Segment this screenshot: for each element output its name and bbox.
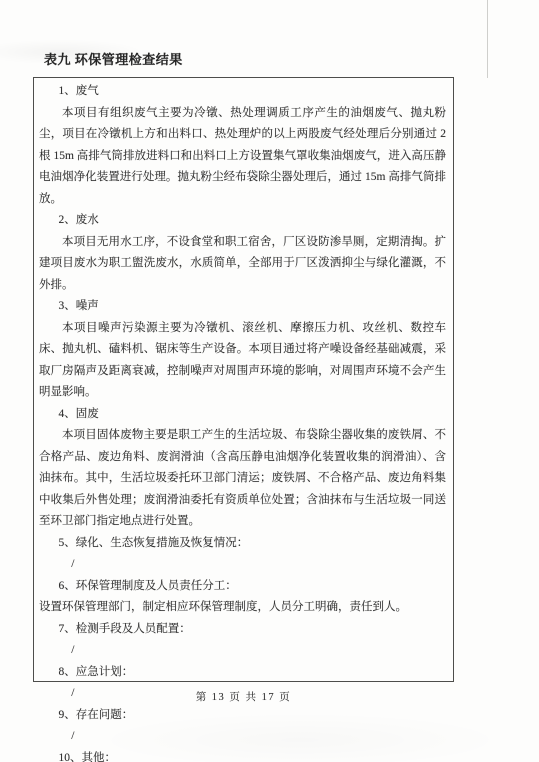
section-heading-management-system: 6、环保管理制度及人员责任分工： bbox=[39, 576, 446, 598]
section-heading-emergency-plan: 8、应急计划： bbox=[39, 662, 446, 684]
scan-artifact-line bbox=[487, 0, 488, 78]
section-heading-waste-gas: 1、废气 bbox=[39, 81, 446, 103]
section-heading-wastewater: 2、废水 bbox=[39, 210, 446, 232]
section-body-noise: 本项目噪声污染源主要为冷镦机、滚丝机、摩擦压力机、攻丝机、数控车床、抛丸机、磕料… bbox=[39, 318, 446, 404]
section-body-waste-gas: 本项目有组织废气主要为冷镦、热处理调质工序产生的油烟废气、抛丸粉尘，项目在冷镦机… bbox=[39, 103, 446, 211]
section-body-wastewater: 本项目无用水工序，不设食堂和职工宿舍，厂区设防渗旱厕，定期清掏。扩建项目废水为职… bbox=[39, 232, 446, 297]
section-heading-others: 10、其他： bbox=[39, 748, 446, 762]
section-body-existing-problems-placeholder: / bbox=[39, 726, 446, 748]
section-heading-solid-waste: 4、固废 bbox=[39, 404, 446, 426]
page-number-footer: 第 13 页 共 17 页 bbox=[33, 689, 454, 704]
section-body-solid-waste: 本项目固体废物主要是职工产生的生活垃圾、布袋除尘器收集的废铁屑、不合格产品、废边… bbox=[39, 425, 446, 533]
section-heading-monitoring: 7、检测手段及人员配置： bbox=[39, 619, 446, 641]
section-body-management-system: 设置环保管理部门，制定相应环保管理制度，人员分工明确，责任到人。 bbox=[39, 597, 446, 619]
section-body-monitoring-placeholder: / bbox=[39, 640, 446, 662]
section-heading-noise: 3、噪声 bbox=[39, 296, 446, 318]
scanned-document-page: 表九 环保管理检查结果 1、废气 本项目有组织废气主要为冷镦、热处理调质工序产生… bbox=[0, 0, 539, 762]
section-heading-existing-problems: 9、存在问题： bbox=[39, 705, 446, 727]
table-title: 表九 环保管理检查结果 bbox=[44, 49, 183, 68]
section-heading-greening: 5、绿化、生态恢复措施及恢复情况： bbox=[39, 533, 446, 555]
section-body-greening-placeholder: / bbox=[39, 554, 446, 576]
inspection-results-table: 1、废气 本项目有组织废气主要为冷镦、热处理调质工序产生的油烟废气、抛丸粉尘，项… bbox=[33, 77, 454, 682]
